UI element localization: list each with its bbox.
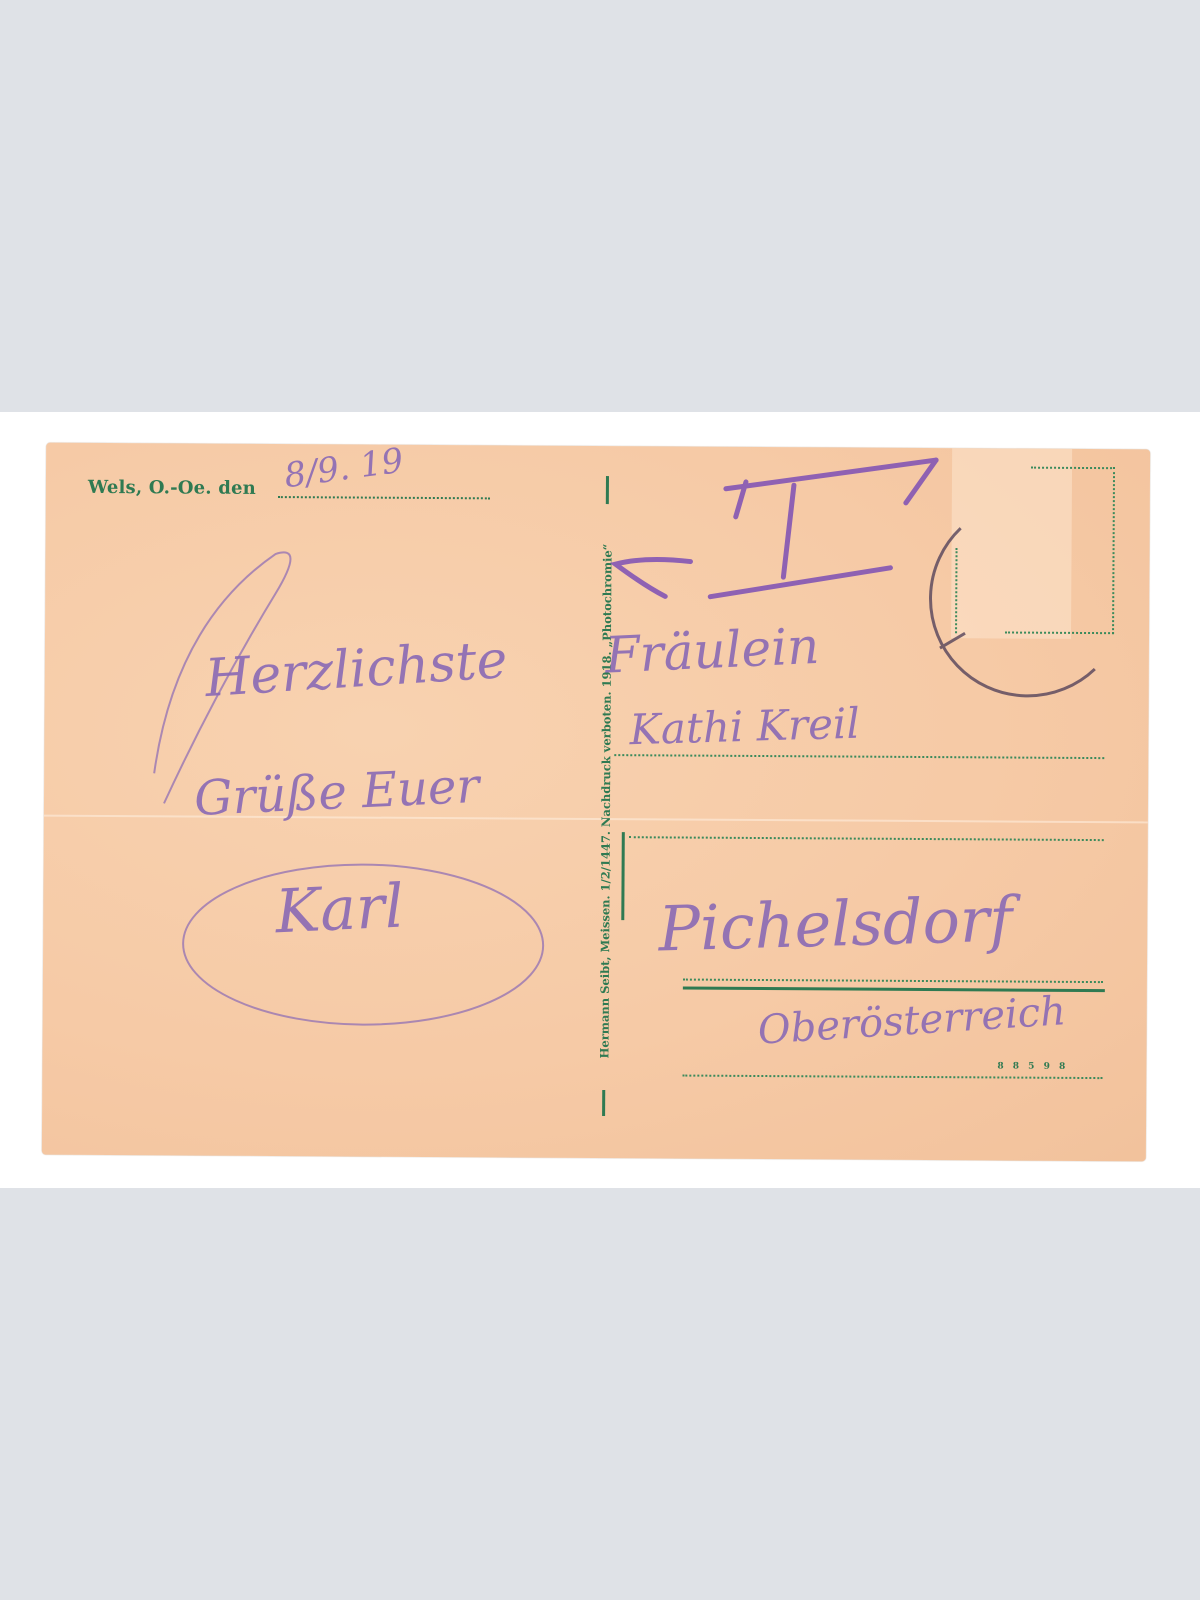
address-name: Kathi Kreil bbox=[629, 699, 861, 755]
stamp-box-outline bbox=[1030, 467, 1115, 635]
place-date-header: Wels, O.-Oe. den bbox=[88, 477, 256, 499]
place-header-text: Wels, O.-Oe. den bbox=[88, 477, 256, 499]
address-salutation: Fräulein bbox=[604, 617, 821, 685]
date-dotted-line bbox=[278, 496, 490, 499]
address-region: Oberösterreich bbox=[757, 988, 1068, 1054]
publisher-imprint: Hermann Seibt, Meissen. 1/2/1447. Nachdr… bbox=[597, 544, 614, 1059]
message-signature: Karl bbox=[274, 872, 406, 948]
message-line-1: Herzlichste bbox=[203, 630, 509, 709]
address-line-1 bbox=[614, 754, 1104, 759]
address-line-2 bbox=[629, 836, 1104, 841]
printer-code: 8 8 5 9 8 bbox=[997, 1061, 1068, 1071]
handwritten-date: 8/9. 19 bbox=[282, 443, 406, 497]
address-line-4 bbox=[682, 1075, 1102, 1080]
address-vertical-rule bbox=[621, 832, 625, 920]
postcard-reverse: Wels, O.-Oe. den 8/9. 19 Hermann Seibt, … bbox=[42, 443, 1150, 1162]
address-town: Pichelsdorf bbox=[657, 882, 1013, 965]
address-line-3 bbox=[683, 979, 1103, 984]
t-mark-icon bbox=[615, 458, 936, 598]
